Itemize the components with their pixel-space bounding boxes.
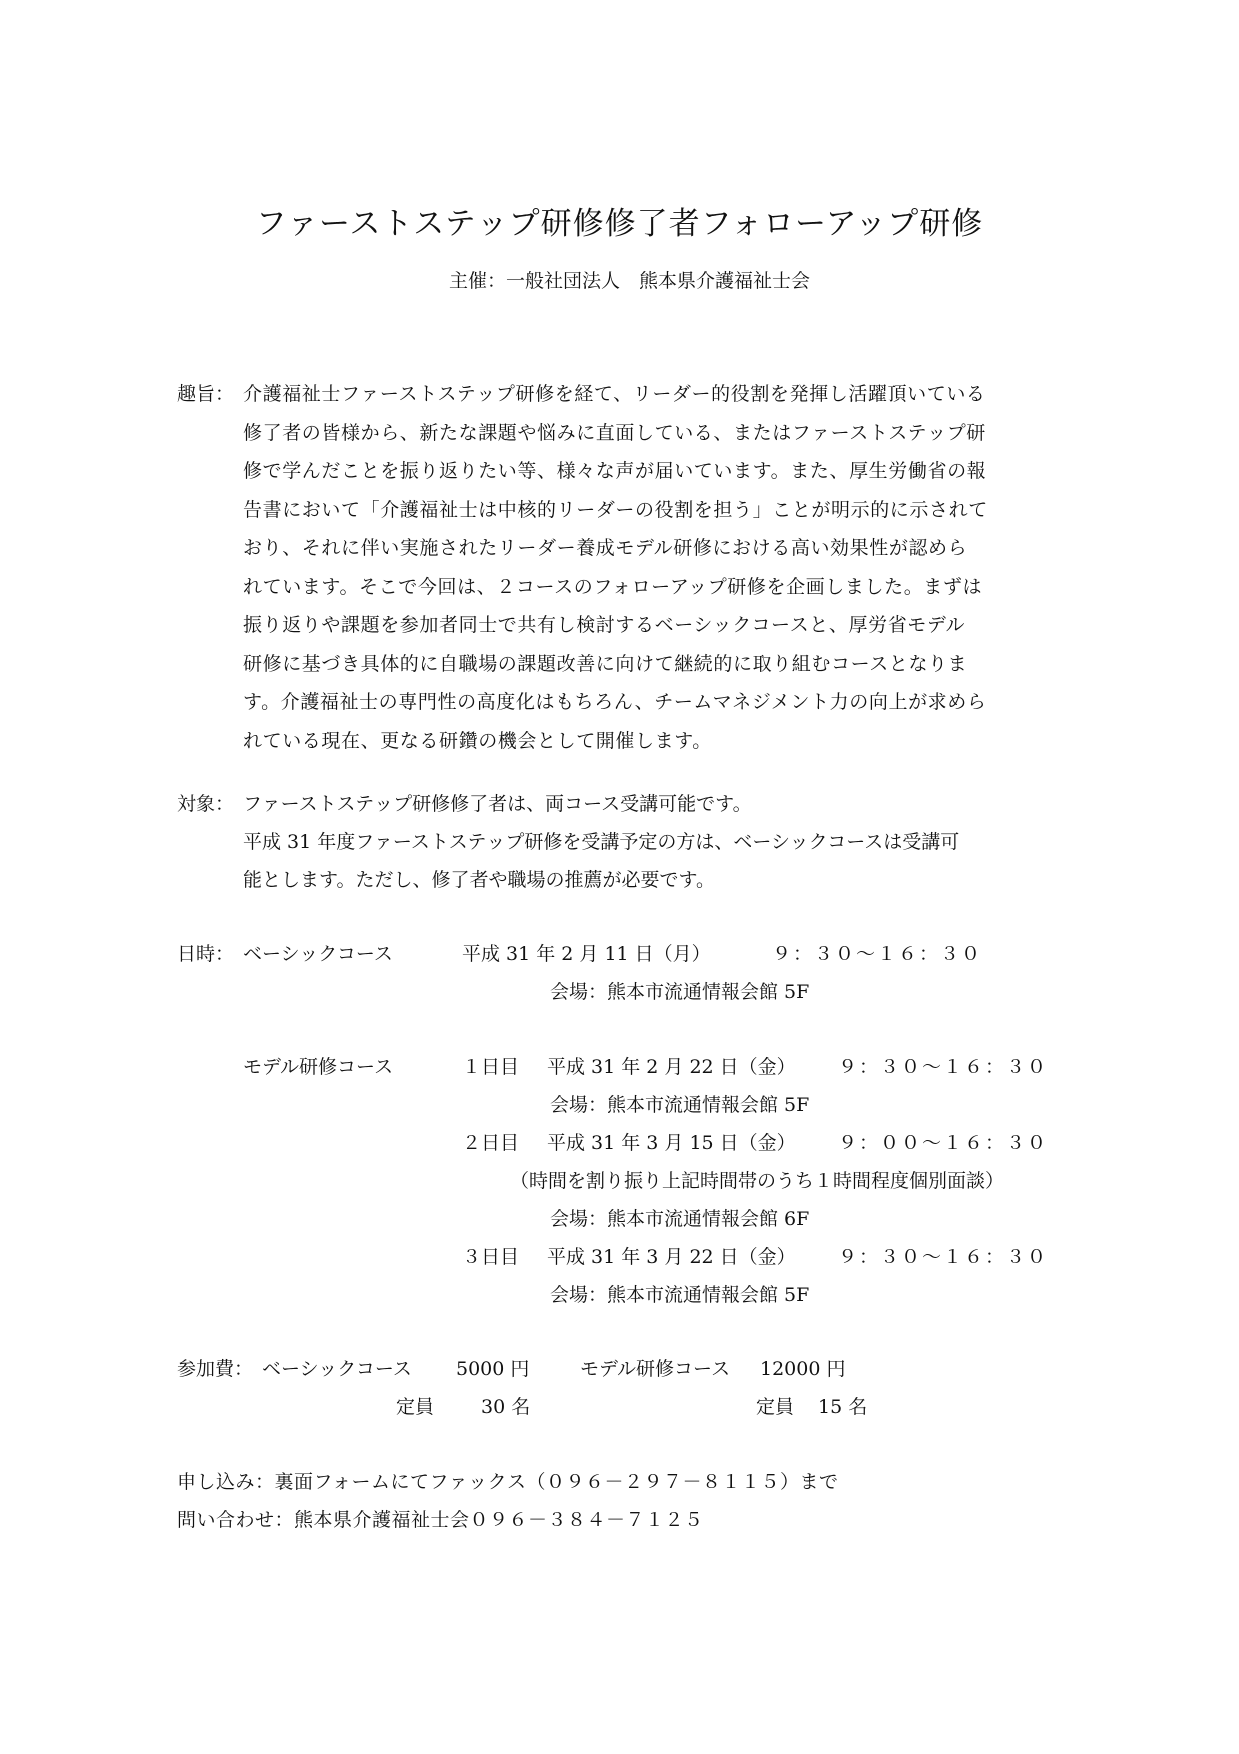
purpose-line: 修で学んだことを振り返りたい等、様々な声が届いています。また、厚生労働省の報 xyxy=(243,452,1063,491)
purpose-line: 振り返りや課題を参加者同士で共有し検討するベーシックコースと、厚労省モデル xyxy=(243,606,1063,645)
model-day-3-date: 平成 31 年 3 月 22 日（金） xyxy=(547,1238,796,1276)
model-day-2-venue: 会場：熊本市流通情報会館 6F xyxy=(550,1200,809,1238)
fee-basic-course: ベーシックコース xyxy=(262,1350,412,1388)
model-day-1-date: 平成 31 年 2 月 22 日（金） xyxy=(547,1048,796,1086)
model-course-name: モデル研修コース xyxy=(243,1048,393,1086)
model-capacity-label: 定員 xyxy=(756,1388,794,1426)
organizer-line: 主催：一般社団法人 熊本県介護福祉士会 xyxy=(0,266,1239,293)
model-day-3-venue: 会場：熊本市流通情報会館 5F xyxy=(550,1276,809,1314)
purpose-label: 趣旨： xyxy=(177,375,234,413)
model-day-2-date: 平成 31 年 3 月 15 日（金） xyxy=(547,1124,796,1162)
model-day-1-label: １日目 xyxy=(462,1048,519,1086)
purpose-line: おり、それに伴い実施されたリーダー養成モデル研修における高い効果性が認めら xyxy=(243,529,1063,568)
schedule-label: 日時： xyxy=(177,935,234,973)
model-capacity: 15 名 xyxy=(818,1388,867,1426)
inquiry-line: 問い合わせ：熊本県介護福祉士会０９６－３８４－７１２５ xyxy=(177,1501,704,1539)
basic-capacity-label: 定員 xyxy=(396,1388,434,1426)
purpose-line: 研修に基づき具体的に自職場の課題改善に向けて継続的に取り組むコースとなりま xyxy=(243,645,1063,684)
basic-course-time: ９：３０～１６：３０ xyxy=(772,935,982,973)
fee-label: 参加費： xyxy=(177,1350,253,1388)
model-day-1-time: ９：３０～１６：３０ xyxy=(838,1048,1048,1086)
target-label: 対象： xyxy=(177,785,234,823)
purpose-line: 告書において「介護福祉士は中核的リーダーの役割を担う」ことが明示的に示されて xyxy=(243,491,1063,530)
basic-course-date: 平成 31 年 2 月 11 日（月） xyxy=(462,935,711,973)
purpose-line: れています。そこで今回は、２コースのフォローアップ研修を企画しました。まずは xyxy=(243,568,1063,607)
fee-model-course: モデル研修コース xyxy=(580,1350,730,1388)
document-title: ファーストステップ研修修了者フォローアップ研修 xyxy=(0,198,1239,243)
model-day-3-time: ９：３０～１６：３０ xyxy=(838,1238,1048,1276)
purpose-line: れている現在、更なる研鑽の機会として開催します。 xyxy=(243,722,1063,761)
basic-capacity: 30 名 xyxy=(481,1388,530,1426)
target-line: 能とします。ただし、修了者や職場の推薦が必要です。 xyxy=(243,861,715,899)
purpose-line: す。介護福祉士の専門性の高度化はもちろん、チームマネジメント力の向上が求めら xyxy=(243,683,1063,722)
target-line: ファーストステップ研修修了者は、両コース受講可能です。 xyxy=(243,785,752,823)
basic-course-venue: 会場：熊本市流通情報会館 5F xyxy=(550,973,809,1011)
model-day-2-label: ２日目 xyxy=(462,1124,519,1162)
purpose-line: 介護福祉士ファーストステップ研修を経て、リーダー的役割を発揮し活躍頂いている xyxy=(243,375,1063,414)
fee-basic-price: 5000 円 xyxy=(456,1350,529,1388)
fee-model-price: 12000 円 xyxy=(760,1350,845,1388)
model-day-1-venue: 会場：熊本市流通情報会館 5F xyxy=(550,1086,809,1124)
target-line: 平成 31 年度ファーストステップ研修を受講予定の方は、ベーシックコースは受講可 xyxy=(243,823,959,861)
model-day-2-note: （時間を割り振り上記時間帯のうち１時間程度個別面談） xyxy=(510,1162,1004,1200)
purpose-text: 介護福祉士ファーストステップ研修を経て、リーダー的役割を発揮し活躍頂いている 修… xyxy=(243,375,1063,760)
basic-course-name: ベーシックコース xyxy=(243,935,393,973)
model-day-3-label: ３日目 xyxy=(462,1238,519,1276)
model-day-2-time: ９：００～１６：３０ xyxy=(838,1124,1048,1162)
purpose-line: 修了者の皆様から、新たな課題や悩みに直面している、またはファーストステップ研 xyxy=(243,414,1063,453)
application-line: 申し込み：裏面フォームにてファックス（０９６－２９７－８１１５）まで xyxy=(177,1463,838,1501)
